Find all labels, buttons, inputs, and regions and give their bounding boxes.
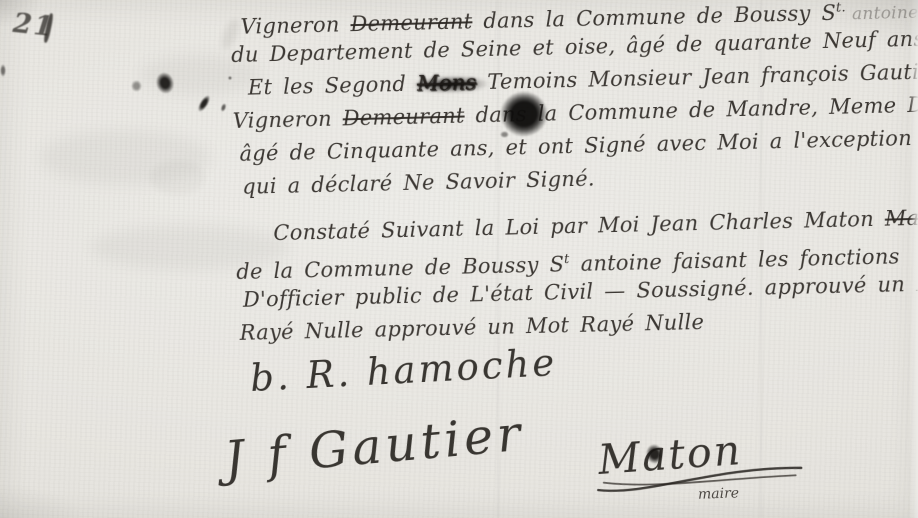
signature-maton: Maton: [597, 426, 744, 484]
text-segment-struck: Mons: [417, 70, 477, 95]
paragraph-1: Vigneron Demeurant dans la Commune de Bo…: [230, 0, 918, 204]
signature-hamoche: b. R. hamoche: [249, 341, 558, 400]
act-text-block: Vigneron Demeurant dans la Commune de Bo…: [230, 0, 918, 350]
ink-blot-small: [196, 93, 213, 113]
paragraph-2: Constaté Suivant la Loi par Moi Jean Cha…: [235, 201, 918, 349]
text-segment: Temoins Monsieur Jean françois Gautie-: [476, 59, 918, 94]
text-segment: qui a déclaré Ne Savoir Signé.: [242, 166, 595, 198]
text-segment: Vigneron: [240, 12, 351, 39]
ink-blot-large: [500, 91, 548, 137]
ink-blot-small: [220, 102, 228, 112]
ink-blot-small: [0, 64, 6, 77]
text-segment-struck: Demeurant: [350, 9, 472, 36]
signature-note-maire: maire: [698, 485, 740, 502]
ink-smudge: [150, 160, 205, 195]
text-segment: Et les Segond: [248, 72, 418, 100]
ink-blot-small: [131, 80, 142, 92]
text-segment-superscript: t.: [836, 0, 846, 15]
text-segment-struck: Demeurant: [342, 104, 464, 131]
document-scan: 21 Vigneron Demeurant dans la Commune de…: [0, 0, 918, 518]
text-segment: Vigneron: [232, 106, 343, 133]
scan-edge: [909, 0, 918, 518]
signature-gautier: J f Gautier: [222, 405, 526, 488]
text-segment: Rayé Nulle approuvé un Mot Rayé Nulle: [239, 310, 704, 345]
